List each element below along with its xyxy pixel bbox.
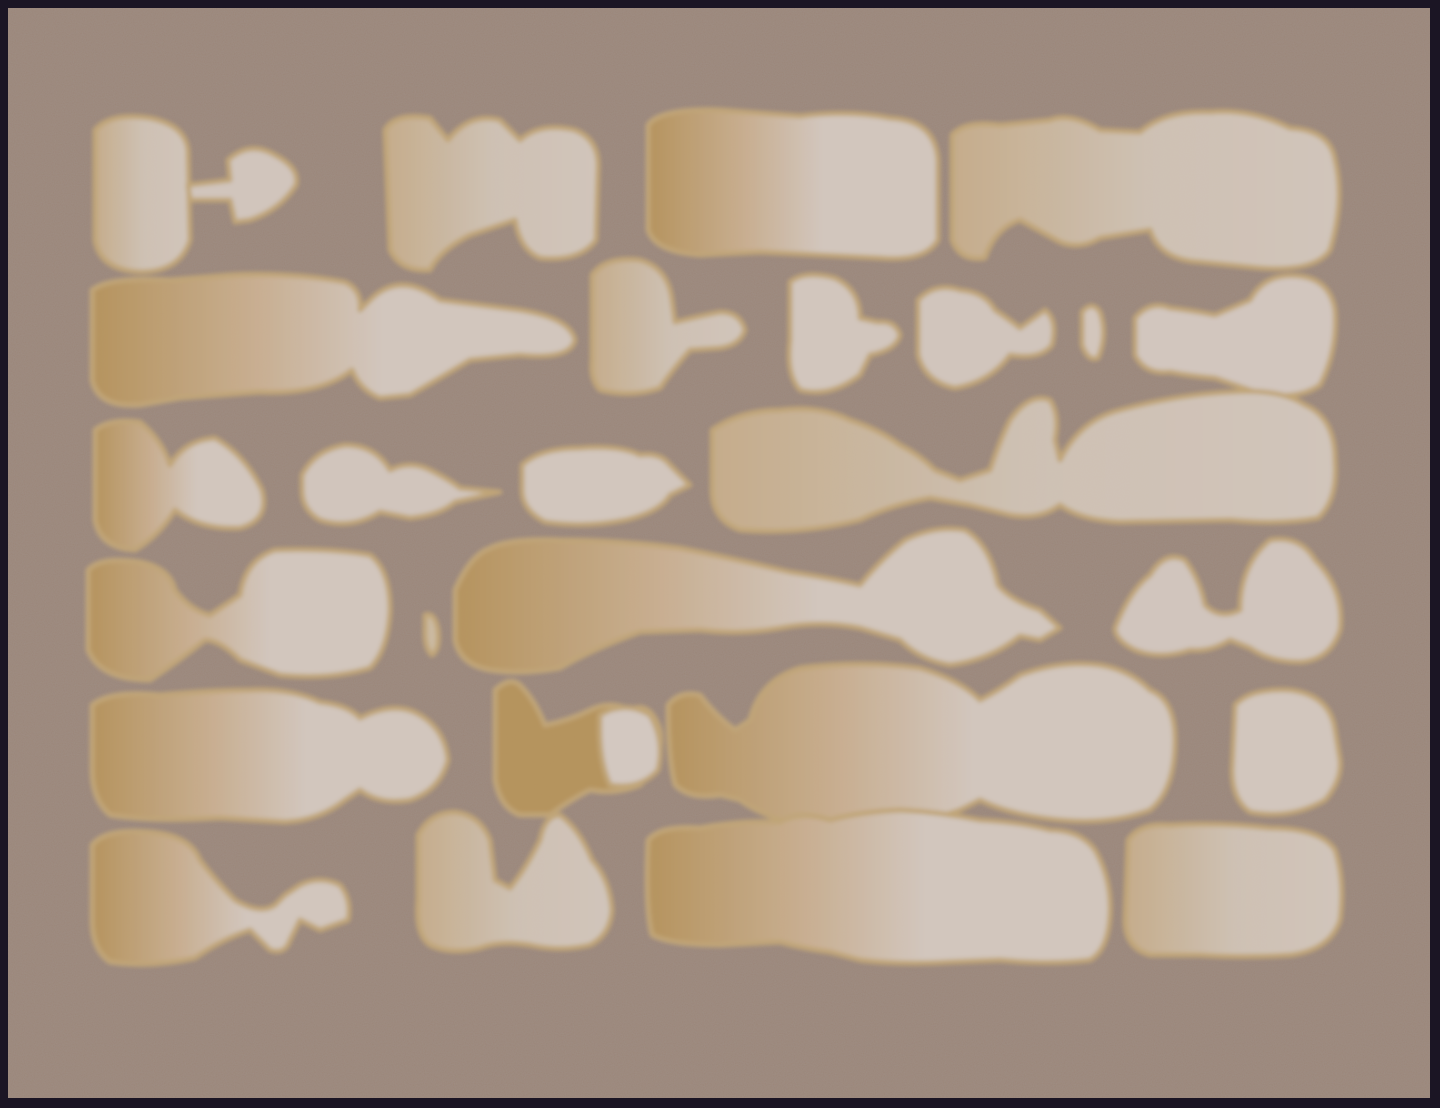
canvas-frame [0, 0, 1440, 1108]
painting-shapes [8, 8, 1430, 1098]
painting-canvas [8, 8, 1430, 1098]
